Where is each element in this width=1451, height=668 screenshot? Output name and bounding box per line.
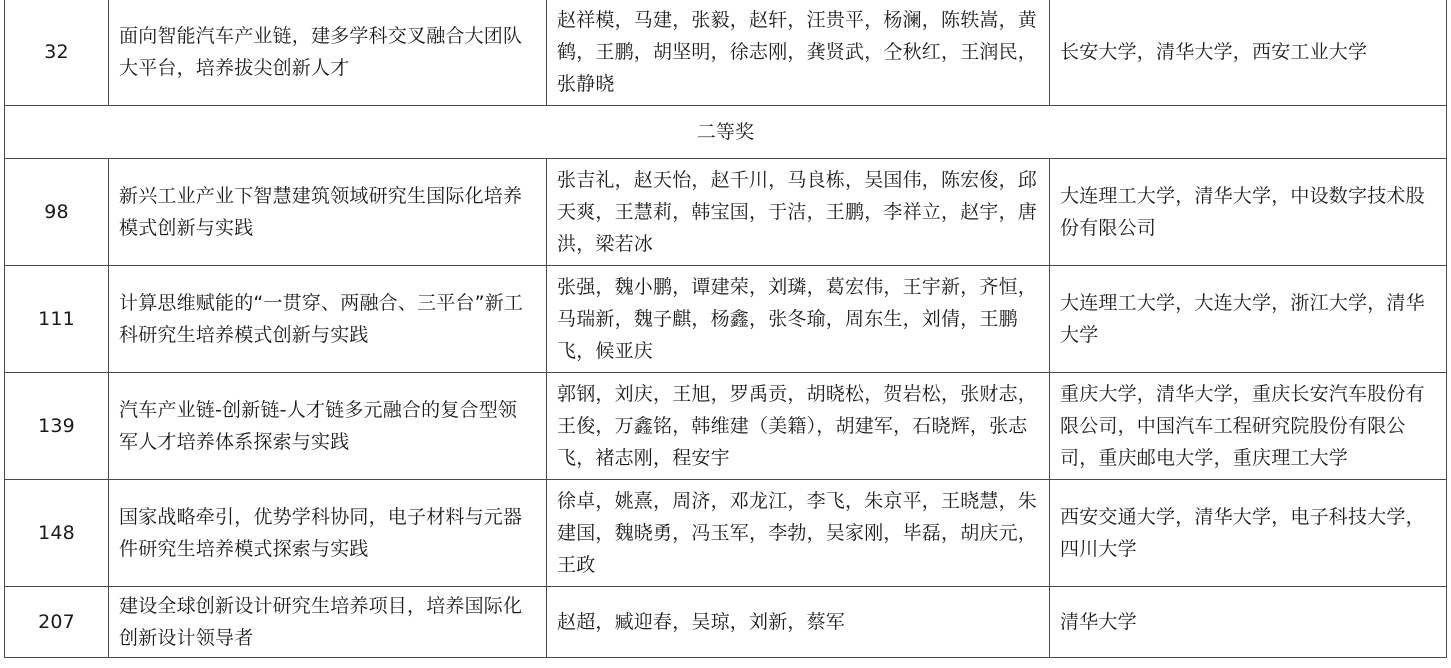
table-row: 139 汽车产业链-创新链-人才链多元融合的复合型领军人才培养体系探索与实践 郭… xyxy=(5,373,1447,480)
project-title: 面向智能汽车产业链，建多学科交叉融合大团队大平台，培养拔尖创新人才 xyxy=(109,0,547,106)
project-institutions: 大连理工大学，大连大学，浙江大学，清华大学 xyxy=(1050,266,1447,373)
project-institutions: 重庆大学，清华大学，重庆长安汽车股份有限公司，中国汽车工程研究院股份有限公司，重… xyxy=(1050,373,1447,480)
project-title: 国家战略牵引，优势学科协同，电子材料与元器件研究生培养模式探索与实践 xyxy=(109,480,547,587)
project-members: 赵超，臧迎春，吴琼，刘新，蔡军 xyxy=(547,587,1050,658)
section-row: 二等奖 xyxy=(5,106,1447,159)
project-institutions: 西安交通大学，清华大学，电子科技大学，四川大学 xyxy=(1050,480,1447,587)
project-number: 98 xyxy=(5,159,109,266)
project-title: 建设全球创新设计研究生培养项目，培养国际化创新设计领导者 xyxy=(109,587,547,658)
table-row: 111 计算思维赋能的“一贯穿、两融合、三平台”新工科研究生培养模式创新与实践 … xyxy=(5,266,1447,373)
table-row: 148 国家战略牵引，优势学科协同，电子材料与元器件研究生培养模式探索与实践 徐… xyxy=(5,480,1447,587)
project-members: 张吉礼，赵天怡，赵千川，马良栋，吴国伟，陈宏俊，邱天爽，王慧莉，韩宝国，于洁，王… xyxy=(547,159,1050,266)
project-members: 郭钢，刘庆，王旭，罗禹贡，胡晓松，贺岩松，张财志，王俊，万鑫铭，韩维建（美籍），… xyxy=(547,373,1050,480)
project-title: 新兴工业产业下智慧建筑领域研究生国际化培养模式创新与实践 xyxy=(109,159,547,266)
project-number: 148 xyxy=(5,480,109,587)
project-number: 207 xyxy=(5,587,109,658)
project-title: 汽车产业链-创新链-人才链多元融合的复合型领军人才培养体系探索与实践 xyxy=(109,373,547,480)
table-row: 32 面向智能汽车产业链，建多学科交叉融合大团队大平台，培养拔尖创新人才 赵祥模… xyxy=(5,0,1447,106)
table-row: 98 新兴工业产业下智慧建筑领域研究生国际化培养模式创新与实践 张吉礼，赵天怡，… xyxy=(5,159,1447,266)
project-title: 计算思维赋能的“一贯穿、两融合、三平台”新工科研究生培养模式创新与实践 xyxy=(109,266,547,373)
project-number: 111 xyxy=(5,266,109,373)
project-institutions: 大连理工大学，清华大学，中设数字技术股份有限公司 xyxy=(1050,159,1447,266)
section-header-second-prize: 二等奖 xyxy=(5,106,1447,159)
awards-table: 32 面向智能汽车产业链，建多学科交叉融合大团队大平台，培养拔尖创新人才 赵祥模… xyxy=(4,0,1447,658)
project-members: 赵祥模，马建，张毅，赵轩，汪贵平，杨澜，陈轶嵩，黄鹤，王鹏，胡坚明，徐志刚，龚贤… xyxy=(547,0,1050,106)
project-institutions: 长安大学，清华大学，西安工业大学 xyxy=(1050,0,1447,106)
project-number: 32 xyxy=(5,0,109,106)
table-row: 207 建设全球创新设计研究生培养项目，培养国际化创新设计领导者 赵超，臧迎春，… xyxy=(5,587,1447,658)
project-number: 139 xyxy=(5,373,109,480)
project-members: 张强，魏小鹏，谭建荣，刘璘，葛宏伟，王宇新，齐恒，马瑞新，魏子麒，杨鑫，张冬瑜，… xyxy=(547,266,1050,373)
project-institutions: 清华大学 xyxy=(1050,587,1447,658)
project-members: 徐卓，姚熹，周济，邓龙江，李飞，朱京平，王晓慧，朱建国，魏晓勇，冯玉军，李勃，吴… xyxy=(547,480,1050,587)
